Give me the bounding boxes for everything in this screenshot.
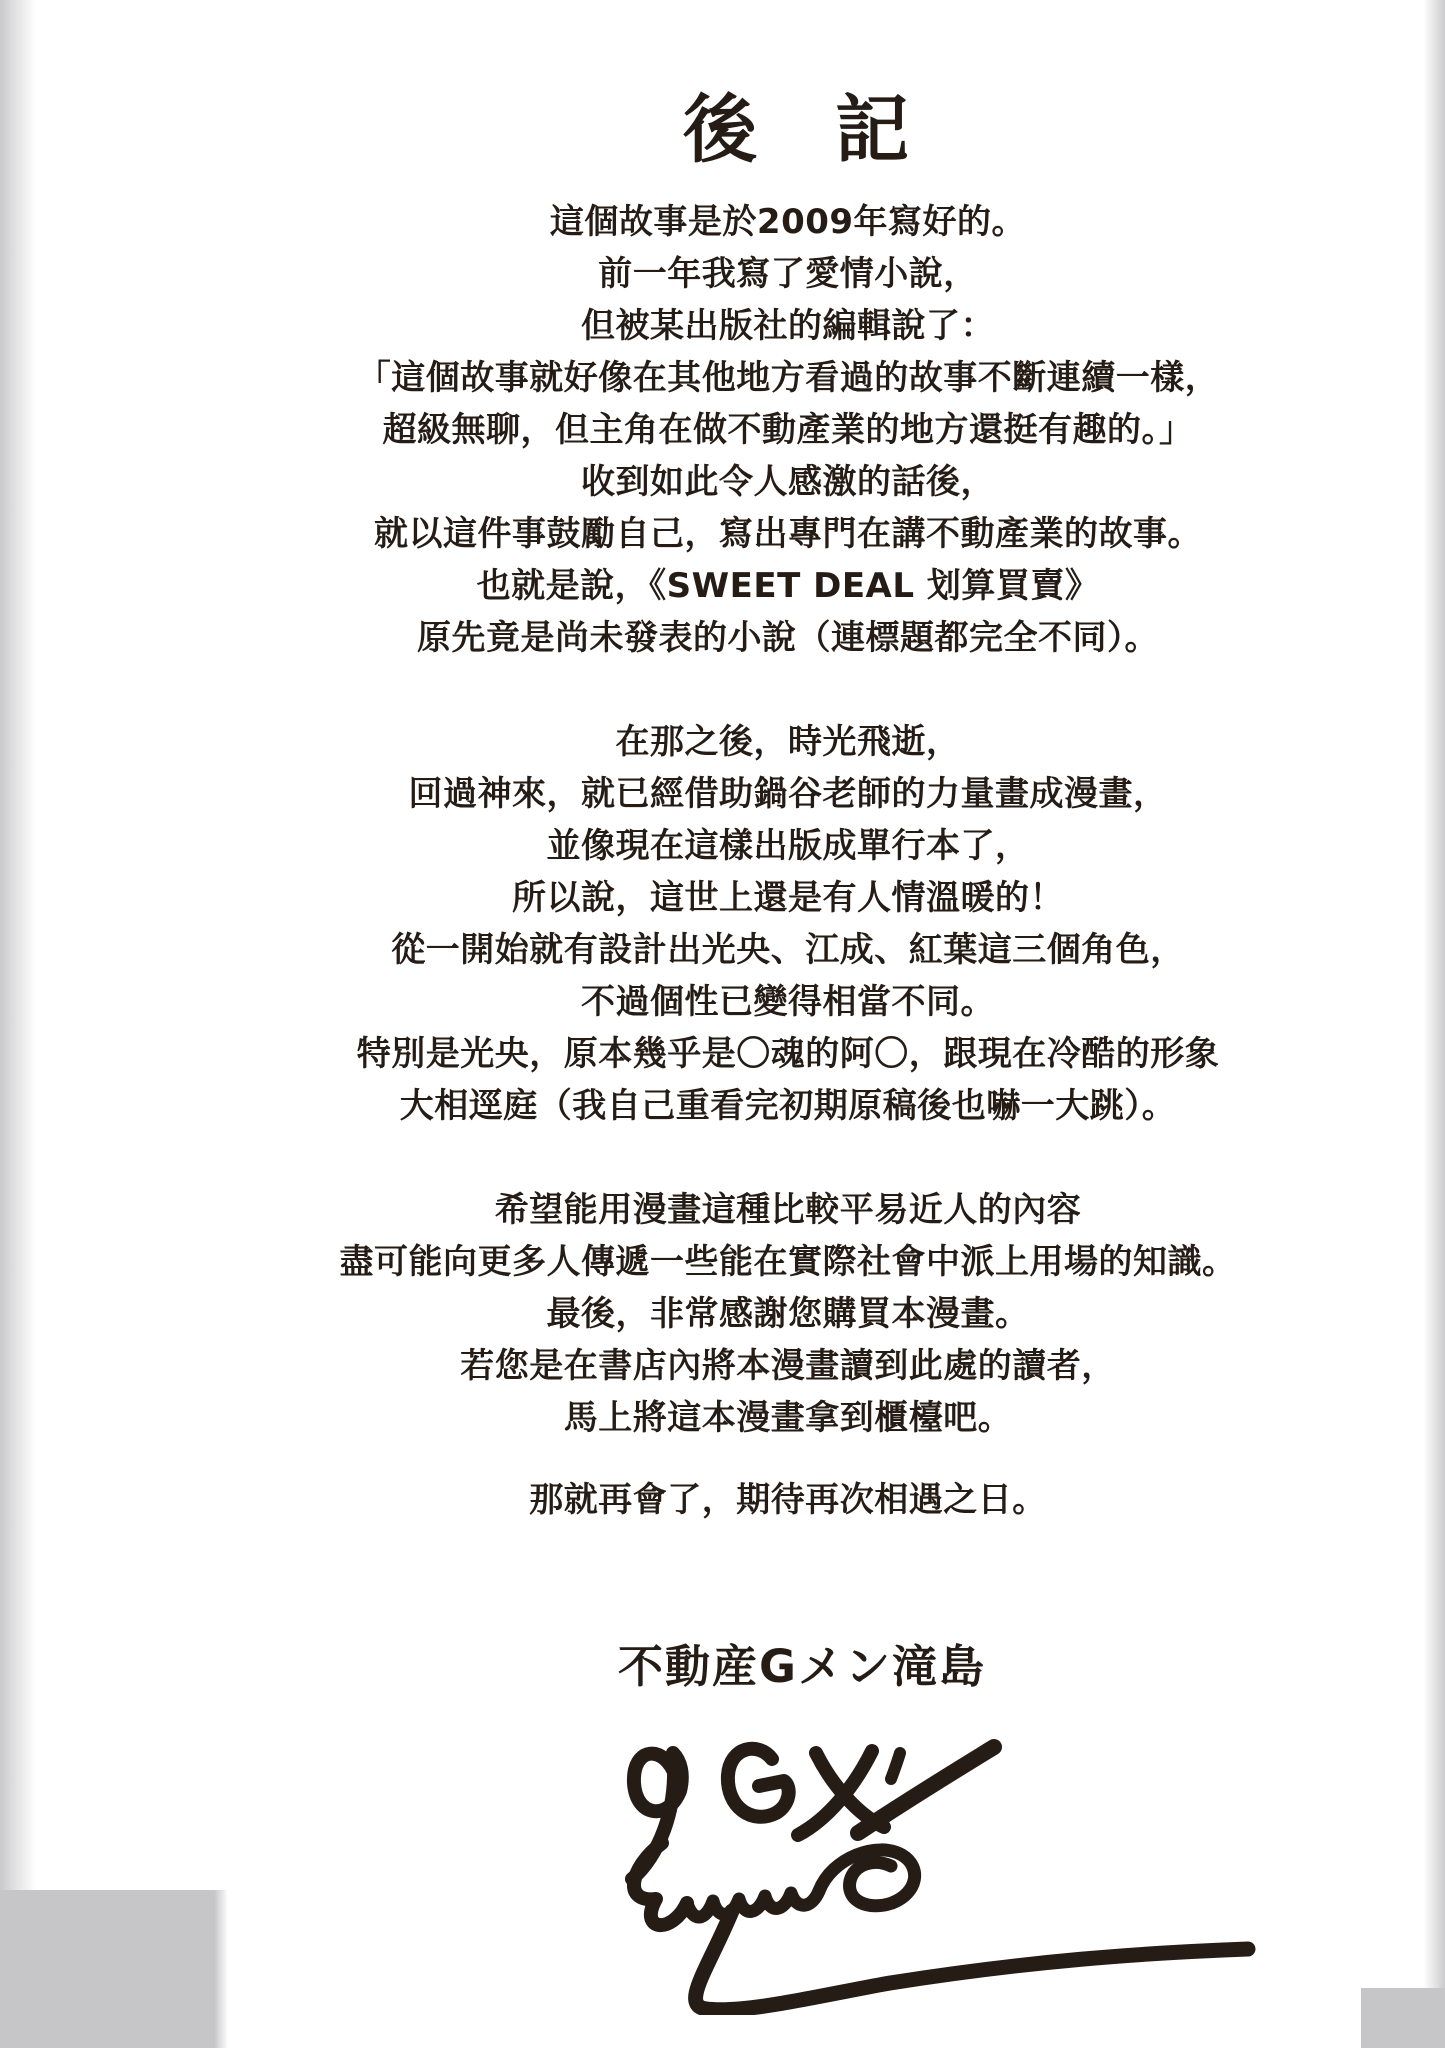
afterword-column: 後 記 這個故事是於2009年寫好的。前一年我寫了愛情小說，但被某出版社的編輯說…	[258, 88, 1318, 1695]
text-line: 在那之後，時光飛逝，	[258, 716, 1318, 768]
text-line: 特別是光央，原本幾乎是〇魂的阿〇，跟現在冷酷的形象	[258, 1028, 1318, 1080]
author-name: 不動産Gメン滝島	[272, 1639, 1332, 1695]
text-line: 「這個故事就好像在其他地方看過的故事不斷連續一樣，	[258, 352, 1318, 404]
text-line: 超級無聊，但主角在做不動產業的地方還挺有趣的。」	[258, 404, 1318, 456]
text-line: 回過神來，就已經借助鍋谷老師的力量畫成漫畫，	[258, 768, 1318, 820]
text-line: 所以說，這世上還是有人情溫暖的！	[258, 872, 1318, 924]
page-title: 後 記	[267, 88, 1327, 172]
paragraph: 在那之後，時光飛逝，回過神來，就已經借助鍋谷老師的力量畫成漫畫，並像現在這樣出版…	[258, 716, 1318, 1132]
text-line: 馬上將這本漫畫拿到櫃檯吧。	[258, 1392, 1318, 1444]
text-line: 並像現在這樣出版成單行本了，	[258, 820, 1318, 872]
text-line: 就以這件事鼓勵自己，寫出專門在講不動產業的故事。	[258, 508, 1318, 560]
scan-corner-bottom-left	[0, 1890, 228, 2048]
text-line: 那就再會了，期待再次相遇之日。	[258, 1474, 1318, 1526]
text-line: 收到如此令人感激的話後，	[258, 456, 1318, 508]
text-line: 但被某出版社的編輯說了：	[258, 300, 1318, 352]
scan-edge-right	[1423, 0, 1445, 2048]
paragraph: 那就再會了，期待再次相遇之日。	[258, 1474, 1318, 1526]
text-line: 前一年我寫了愛情小說，	[258, 248, 1318, 300]
text-line: 盡可能向更多人傳遞一些能在實際社會中派上用場的知識。	[258, 1236, 1318, 1288]
text-line: 原先竟是尚未發表的小說（連標題都完全不同）。	[258, 612, 1318, 664]
text-line: 這個故事是於2009年寫好的。	[258, 196, 1318, 248]
scan-corner-bottom-right	[1361, 1988, 1445, 2048]
text-line: 最後，非常感謝您購買本漫畫。	[258, 1288, 1318, 1340]
scan-edge-left	[0, 0, 36, 2048]
text-line: 從一開始就有設計出光央、江成、紅葉這三個角色，	[258, 924, 1318, 976]
afterword-page: 後 記 這個故事是於2009年寫好的。前一年我寫了愛情小說，但被某出版社的編輯說…	[0, 0, 1445, 2048]
paragraph: 希望能用漫畫這種比較平易近人的內容盡可能向更多人傳遞一些能在實際社會中派上用場的…	[258, 1184, 1318, 1444]
text-line: 若您是在書店內將本漫畫讀到此處的讀者，	[258, 1340, 1318, 1392]
text-line: 大相逕庭（我自己重看完初期原稿後也嚇一大跳）。	[258, 1080, 1318, 1132]
paragraph: 這個故事是於2009年寫好的。前一年我寫了愛情小說，但被某出版社的編輯說了：「這…	[258, 196, 1318, 664]
text-line: 也就是說，《SWEET DEAL 划算買賣》	[258, 560, 1318, 612]
afterword-text: 這個故事是於2009年寫好的。前一年我寫了愛情小說，但被某出版社的編輯說了：「這…	[258, 196, 1318, 1526]
text-line: 不過個性已變得相當不同。	[258, 976, 1318, 1028]
author-signature	[560, 1725, 1260, 2015]
text-line: 希望能用漫畫這種比較平易近人的內容	[258, 1184, 1318, 1236]
